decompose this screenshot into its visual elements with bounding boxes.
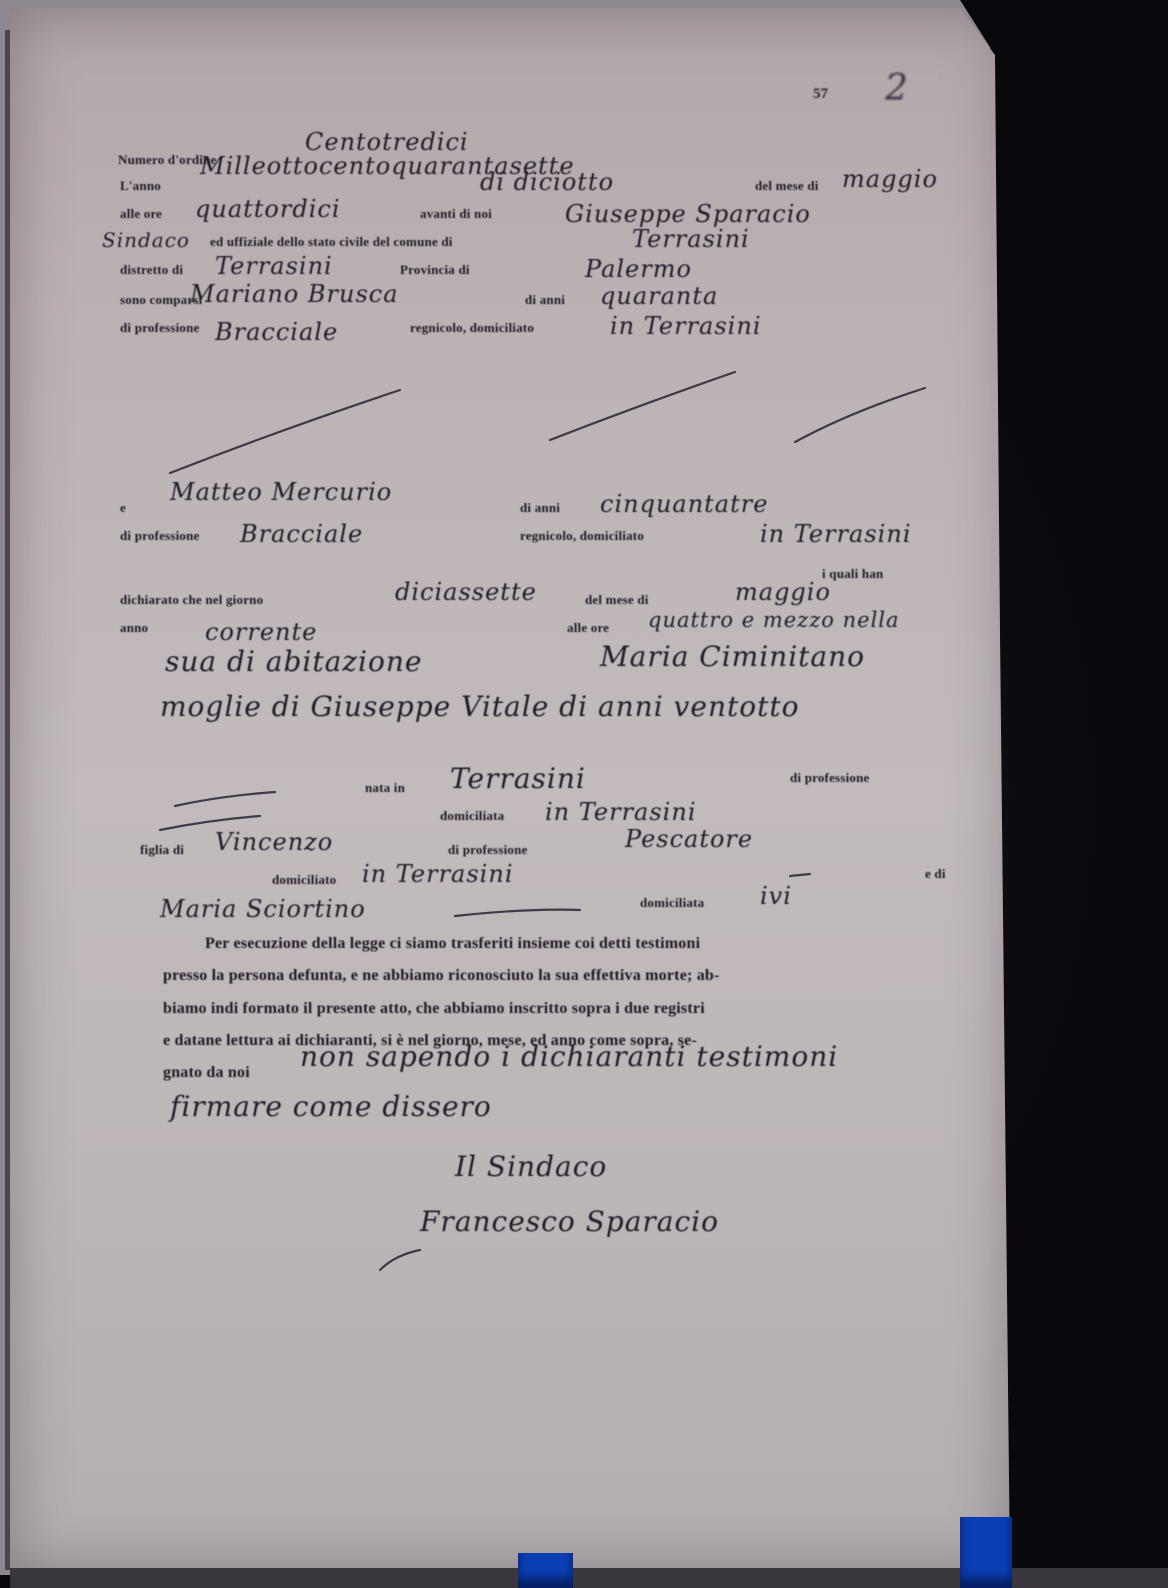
- father-prof-label: di professione: [448, 842, 528, 858]
- figlia-label: figlia di: [140, 842, 184, 858]
- mother-dom-label: domiciliata: [640, 895, 704, 911]
- death-mese-label: del mese di: [585, 592, 649, 608]
- domiciliata-label: domiciliata: [440, 808, 504, 824]
- closing-handwritten-2: firmare come dissero: [170, 1090, 492, 1123]
- witness2-domicile: in Terrasini: [760, 520, 912, 548]
- witness2-professione-label: di professione: [120, 528, 200, 544]
- death-place: sua di abitazione: [165, 645, 422, 678]
- e-di-label: e di: [925, 866, 946, 882]
- witness2-profession: Bracciale: [240, 520, 363, 548]
- mother-domicile: ivi: [760, 882, 792, 910]
- father-name: Vincenzo: [215, 828, 333, 856]
- death-day: diciassette: [395, 578, 537, 606]
- nata-label: nata in: [365, 780, 405, 796]
- closing-line-3: biamo indi formato il presente atto, che…: [163, 1000, 705, 1018]
- witness2-prefix: e: [120, 500, 126, 516]
- deceased-professione-label: di professione: [790, 770, 870, 786]
- signature-name: Francesco Sparacio: [420, 1205, 719, 1238]
- death-hour: quattro e mezzo nella: [648, 608, 900, 632]
- witness2-age: cinquantatre: [600, 490, 768, 518]
- deceased-domicile: in Terrasini: [545, 798, 697, 826]
- i-quali-label: i quali han: [822, 566, 883, 582]
- closing-line-2: presso la persona defunta, e ne abbiamo …: [163, 967, 720, 985]
- deceased-name: Maria Ciminitano: [600, 640, 865, 673]
- death-month: maggio: [735, 578, 831, 606]
- closing-line-5-label: gnato da noi: [163, 1064, 250, 1082]
- signature-title: Il Sindaco: [455, 1150, 607, 1183]
- father-dom-label: domiciliato: [272, 872, 336, 888]
- closing-handwritten-1: non sapendo i dichiaranti testimoni: [300, 1040, 838, 1073]
- death-ore-label: alle ore: [567, 620, 609, 636]
- death-year: corrente: [205, 618, 317, 646]
- father-domicile: in Terrasini: [362, 860, 514, 888]
- closing-line-1: Per esecuzione della legge ci siamo tras…: [205, 935, 700, 953]
- birthplace: Terrasini: [450, 762, 586, 795]
- deceased-relation: moglie di Giuseppe Vitale di anni ventot…: [160, 690, 799, 723]
- witness2-name: Matteo Mercurio: [170, 478, 392, 506]
- mother-name: Maria Sciortino: [160, 895, 366, 923]
- witness2-eta-label: di anni: [520, 500, 560, 516]
- dichiarato-label: dichiarato che nel giorno: [120, 592, 263, 608]
- witness2-regnicolo-label: regnicolo, domiciliato: [520, 528, 644, 544]
- father-profession: Pescatore: [625, 825, 753, 853]
- death-anno-label: anno: [120, 620, 148, 636]
